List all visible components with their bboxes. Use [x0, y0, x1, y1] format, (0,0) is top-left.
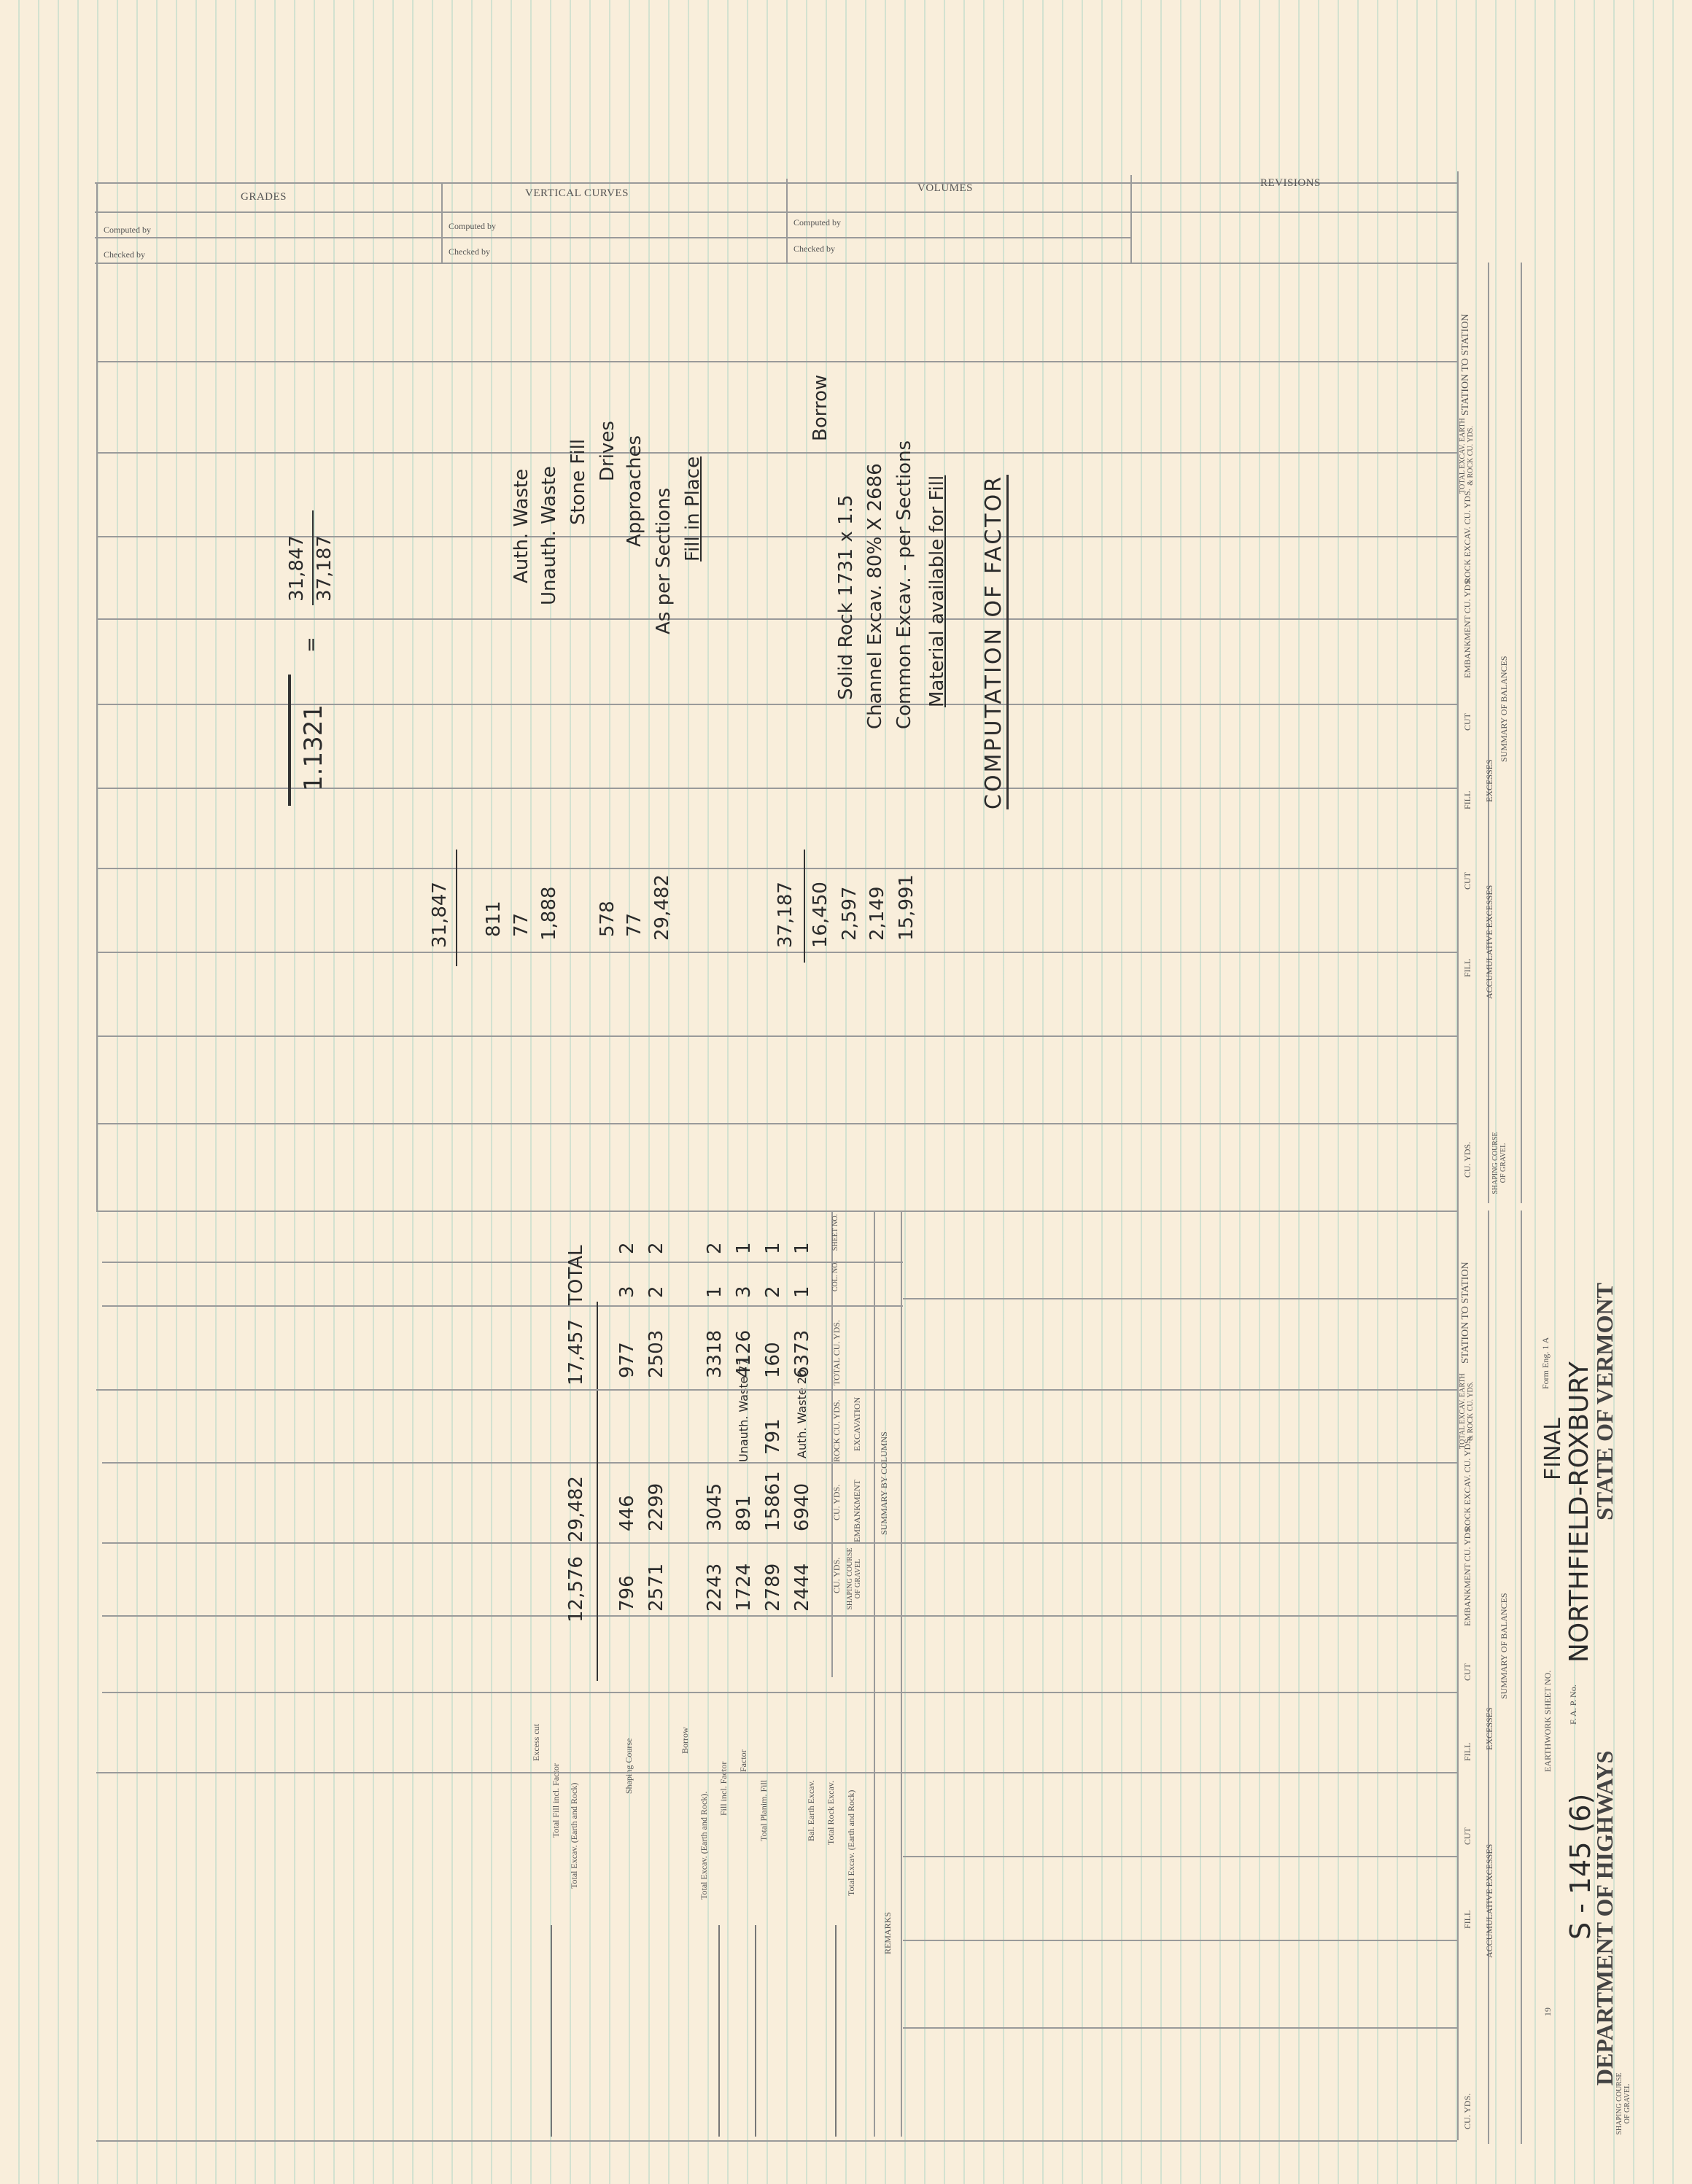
grades-computed-by[interactable]: Computed by: [104, 225, 151, 236]
earthwork-sheet-label: EARTHWORK SHEET NO.: [1542, 1671, 1553, 1772]
remarks-line: Factor: [738, 1749, 749, 1772]
vertical-curves-checked-by[interactable]: Checked by: [449, 246, 490, 257]
year-prefix: 19: [1542, 2008, 1553, 2016]
rock-cu-yds-header: ROCK CU. YDS.: [831, 1399, 842, 1462]
volumes-checked-by[interactable]: Checked by: [793, 244, 835, 254]
total-excavation: 17,457: [565, 1319, 587, 1386]
remarks-line: Total Excav. (Earth and Rock): [569, 1783, 580, 1889]
shaping-course-label: SHAPING COURSE OF GRAVEL: [1491, 1130, 1507, 1196]
available-item-label: Borrow: [810, 375, 831, 441]
rock-cell: Auth. Waste 20: [795, 1369, 809, 1458]
total-label: TOTAL: [565, 1245, 587, 1305]
embankment-cu-yds-header: CU. YDS.: [831, 1485, 842, 1520]
fill-heading: Fill in Place: [682, 456, 704, 561]
rock-cell: 791: [762, 1418, 784, 1455]
fill-item-value: 77: [624, 913, 645, 937]
accum-fill-label: FILL: [1462, 959, 1473, 977]
form-label: Form Eng. 1 A: [1540, 1337, 1551, 1389]
shaping-header: SHAPING COURSE OF GRAVEL: [846, 1542, 862, 1615]
total-cell: 160: [762, 1342, 784, 1378]
vertical-curves-title: VERTICAL CURVES: [525, 187, 629, 200]
col-cell: 3: [616, 1286, 638, 1298]
shaping-cell: 1724: [733, 1563, 755, 1612]
remarks-line: Total Excav. (Earth and Rock): [846, 1790, 857, 1896]
fill-item-value: 29,482: [651, 874, 673, 941]
embankment-cell: 2299: [645, 1483, 667, 1531]
ratio-numerator: 37,187: [314, 535, 335, 602]
total-cell: 977: [616, 1342, 638, 1378]
available-item-value: 2,149: [866, 887, 888, 941]
embankment-cell: 446: [616, 1495, 638, 1531]
excesses-fill-label: FILL: [1462, 791, 1473, 809]
shaping-cell: 796: [616, 1575, 638, 1612]
remarks-line: Total Excav. (Earth and Rock).: [699, 1792, 710, 1900]
accumulative-excesses-label: ACCUMULATIVE EXCESSES: [1484, 885, 1495, 999]
sheet-cell: 2: [704, 1242, 726, 1254]
fill-item-label: As per Sections: [653, 488, 675, 634]
remarks-line: Excess cut: [531, 1724, 542, 1761]
embankment-cell: 891: [733, 1495, 755, 1531]
available-item-value: 2,597: [839, 887, 861, 941]
fill-item-value: 1,888: [538, 887, 560, 941]
rock-excav-label: ROCK EXCAV. CU. YDS.: [1462, 489, 1473, 583]
total-cell: 2503: [645, 1330, 667, 1378]
volumes-computed-by[interactable]: Computed by: [793, 217, 841, 228]
remarks-line: Total Planim. Fill: [758, 1780, 769, 1841]
shaping-cu-yds-label: CU. YDS.: [1462, 1142, 1473, 1178]
excavation-header: EXCAVATION: [852, 1397, 863, 1451]
embankment-cell: 6940: [791, 1483, 813, 1531]
remarks-line: Borrow: [680, 1727, 691, 1754]
available-heading: Material available for Fill: [926, 475, 948, 707]
volumes-title: VOLUMES: [917, 182, 973, 195]
total-cell: 3318: [704, 1330, 726, 1378]
remarks-header: REMARKS: [882, 1912, 893, 1954]
shaping-cell: 2243: [704, 1563, 726, 1612]
vertical-curves-computed-by[interactable]: Computed by: [449, 221, 496, 232]
grades-title: GRADES: [241, 191, 287, 203]
fill-item-label: Drives: [597, 421, 618, 481]
total-cu-yds-header: TOTAL CU. YDS.: [831, 1320, 842, 1386]
sheet-cell: 1: [762, 1242, 784, 1254]
available-item-value: 15,991: [896, 874, 917, 941]
fill-item-label: Unauth. Waste: [538, 466, 560, 605]
accum-cut-label: CUT: [1462, 872, 1473, 890]
sheet-no-header: SHEET NO.: [831, 1210, 839, 1254]
shaping-cell: 2444: [791, 1563, 813, 1612]
station-to-station-label-lower: STATION TO STATION: [1460, 1262, 1472, 1364]
embankment-cell: 3045: [704, 1483, 726, 1531]
fill-item-label: Stone Fill: [567, 439, 589, 525]
rock-cell: Unauth. Waste 77: [737, 1358, 750, 1462]
fill-item-label: Auth. Waste: [511, 469, 532, 583]
col-cell: 2: [762, 1286, 784, 1298]
accum-cut-label-lower: CUT: [1462, 1827, 1473, 1845]
remarks-line: Shaping Course: [624, 1738, 634, 1794]
summary-of-balances-title-lower: SUMMARY OF BALANCES: [1499, 1593, 1510, 1699]
ratio-denominator: 31,847: [286, 535, 308, 602]
equals-sign: =: [300, 637, 322, 653]
excesses-cut-label: CUT: [1462, 713, 1473, 731]
sheet-cell: 1: [733, 1242, 755, 1254]
fill-item-value: 77: [511, 913, 532, 937]
sheet-cell: 1: [791, 1242, 813, 1254]
available-item-label: Solid Rock 1731 x 1.5: [835, 495, 857, 700]
fill-item-value: 578: [597, 901, 618, 937]
embankment-cell: 15861: [762, 1471, 784, 1531]
station-to-station-label: STATION TO STATION: [1460, 314, 1472, 416]
computation-title: COMPUTATION OF FACTOR: [981, 475, 1009, 809]
accum-fill-label-lower: FILL: [1462, 1911, 1473, 1929]
total-embankment: 29,482: [565, 1476, 587, 1542]
embankment-header: EMBANKMENT: [852, 1480, 863, 1542]
total-shaping: 12,576: [565, 1556, 587, 1623]
fill-item-label: Approaches: [624, 435, 645, 547]
grades-checked-by[interactable]: Checked by: [104, 249, 145, 260]
available-item-label: Common Excav. - per Sections: [893, 440, 915, 729]
accumulative-excesses-label-lower: ACCUMULATIVE EXCESSES: [1484, 1844, 1495, 1958]
summary-by-columns-title: SUMMARY BY COLUMNS: [879, 1431, 890, 1535]
col-cell: 1: [704, 1286, 726, 1298]
total-excav-label: TOTAL EXCAV. EARTH & ROCK CU. YDS.: [1459, 416, 1475, 496]
sheet-cell: 2: [645, 1242, 667, 1254]
shaping-cu-yds-header: CU. YDS.: [831, 1558, 842, 1593]
fill-total: 31,847: [429, 882, 451, 948]
excesses-label-lower: EXCESSES: [1484, 1707, 1495, 1750]
available-item-label: Channel Excav. 80% X 2686: [864, 463, 886, 729]
embankment-label: EMBANKMENT CU. YDS.: [1462, 578, 1473, 678]
col-cell: 1: [791, 1286, 813, 1298]
col-cell: 2: [645, 1286, 667, 1298]
embankment-label-lower: EMBANKMENT CU. YDS.: [1462, 1526, 1473, 1626]
available-item-value: 16,450: [810, 882, 831, 948]
project-name: NORTHFIELD-ROXBURY: [1564, 1361, 1594, 1663]
remarks-line: Bal. Earth Excav.: [806, 1780, 817, 1841]
state-title: STATE OF VERMONT: [1591, 1283, 1618, 1520]
shaping-cu-yds-label-lower: CU. YDS.: [1462, 2094, 1473, 2129]
rock-excav-label-lower: ROCK EXCAV. CU. YDS.: [1462, 1437, 1473, 1531]
fill-item-value: 811: [483, 901, 505, 937]
remarks-line: Fill incl. Factor: [718, 1762, 729, 1816]
sheet-cell: 2: [616, 1242, 638, 1254]
excesses-fill-label-lower: FILL: [1462, 1743, 1473, 1761]
remarks-line: Total Fill incl. Factor: [551, 1763, 562, 1838]
available-total: 37,187: [775, 882, 796, 948]
col-cell: 3: [733, 1286, 755, 1298]
excesses-cut-label-lower: CUT: [1462, 1663, 1473, 1681]
final-status: FINAL: [1540, 1418, 1566, 1480]
excesses-label: EXCESSES: [1484, 759, 1495, 802]
revisions-title: REVISIONS: [1260, 177, 1321, 190]
factor-result: 1.1321: [299, 704, 328, 791]
remarks-line: Total Rock Excav.: [826, 1781, 837, 1845]
col-no-header: COL. NO.: [831, 1254, 839, 1298]
fap-label: F. A. P. No.: [1568, 1684, 1579, 1725]
summary-of-balances-title: SUMMARY OF BALANCES: [1499, 656, 1510, 762]
shaping-cell: 2789: [762, 1563, 784, 1612]
shaping-cell: 2571: [645, 1563, 667, 1612]
fap-number: S - 145 (6): [1564, 1794, 1596, 1940]
